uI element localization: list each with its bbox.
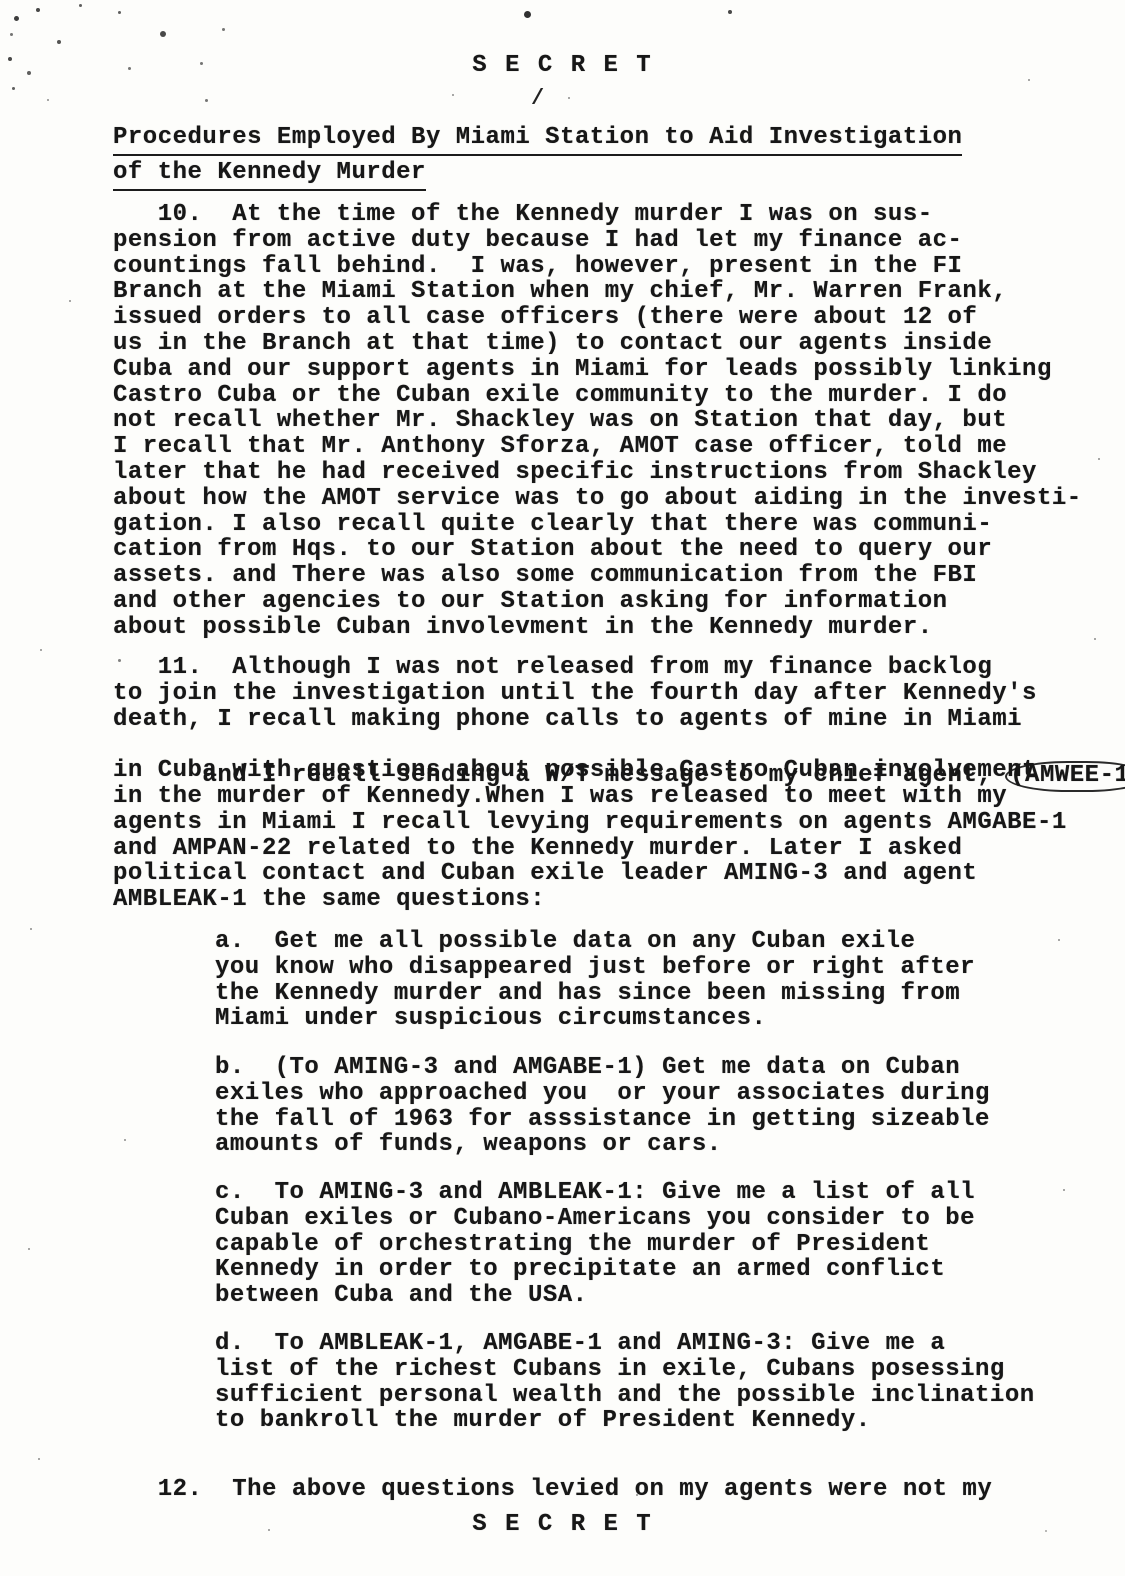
text-line: agents in Miami I recall levying require… xyxy=(113,810,1125,836)
classification-header: S E C R E T xyxy=(0,52,1125,79)
scan-noise-dot xyxy=(222,28,225,31)
text-line: sufficient personal wealth and the possi… xyxy=(215,1383,1035,1409)
question-d: d. To AMBLEAK-1, AMGABE-1 and AMING-3: G… xyxy=(215,1331,1035,1434)
text-line: assets. and There was also some communic… xyxy=(113,563,1082,589)
text-line: to bankroll the murder of President Kenn… xyxy=(215,1408,1035,1434)
document-title: Procedures Employed By Miami Station to … xyxy=(113,124,962,194)
scan-noise-dot xyxy=(124,1139,126,1141)
scan-noise-dot xyxy=(79,4,82,7)
text-line: Cuban exiles or Cubano-Americans you con… xyxy=(215,1206,975,1232)
text-line: 10. At the time of the Kennedy murder I … xyxy=(113,202,1082,228)
text-line: 11. Although I was not released from my … xyxy=(113,655,1125,681)
scan-noise-dot xyxy=(568,97,570,99)
text-line: Miami under suspicious circumstances. xyxy=(215,1006,975,1032)
text-line: and other agencies to our Station asking… xyxy=(113,589,1082,615)
text-line: AMBLEAK-1 the same questions: xyxy=(113,887,1125,913)
paragraph-11-bottom: in Cuba with questions about possible Ca… xyxy=(113,758,1125,913)
scan-noise-dot xyxy=(30,928,32,930)
paragraph-11-circled-line: and I recall sending a W/T message to my… xyxy=(113,732,1125,758)
paragraph-10: 10. At the time of the Kennedy murder I … xyxy=(113,202,1082,641)
text-line: the Kennedy murder and has since been mi… xyxy=(215,981,975,1007)
document-title-line2: of the Kennedy Murder xyxy=(113,159,426,191)
question-a: a. Get me all possible data on any Cuban… xyxy=(215,929,975,1032)
scan-noise-dot xyxy=(57,40,61,44)
scan-noise-dot xyxy=(38,1458,40,1460)
text-line: b. (To AMING-3 and AMGABE-1) Get me data… xyxy=(215,1055,990,1081)
text-line: death, I recall making phone calls to ag… xyxy=(113,707,1125,733)
text-line: not recall whether Mr. Shackley was on S… xyxy=(113,408,1082,434)
scan-noise-dot xyxy=(1094,638,1096,640)
paragraph-12: 12. The above questions levied on my age… xyxy=(113,1477,992,1503)
document-page: S E C R E T / Procedures Employed By Mia… xyxy=(0,0,1125,1576)
text-line: list of the richest Cubans in exile, Cub… xyxy=(215,1357,1035,1383)
scan-noise-dot xyxy=(160,31,166,37)
text-line: about how the AMOT service was to go abo… xyxy=(113,486,1082,512)
text-line: c. To AMING-3 and AMBLEAK-1: Give me a l… xyxy=(215,1180,975,1206)
text-line: countings fall behind. I was, however, p… xyxy=(113,254,1082,280)
text-line: Cuba and our support agents in Miami for… xyxy=(113,357,1082,383)
text-line: exiles who approached you or your associ… xyxy=(215,1081,990,1107)
paragraph-11-top: 11. Although I was not released from my … xyxy=(113,655,1125,732)
scan-noise-dot xyxy=(205,99,208,102)
text-line: cation from Hqs. to our Station about th… xyxy=(113,537,1082,563)
text-line: political contact and Cuban exile leader… xyxy=(113,861,1125,887)
text-line: Kennedy in order to precipitate an armed… xyxy=(215,1257,975,1283)
scan-noise-dot xyxy=(36,8,40,12)
text-line: about possible Cuban involevment in the … xyxy=(113,615,1082,641)
scan-noise-dot xyxy=(452,94,454,96)
scan-noise-dot xyxy=(12,87,15,90)
text-line: a. Get me all possible data on any Cuban… xyxy=(215,929,975,955)
text-line: Castro Cuba or the Cuban exile community… xyxy=(113,383,1082,409)
scan-noise-dot xyxy=(1063,1189,1065,1191)
text-line: the fall of 1963 for asssistance in gett… xyxy=(215,1107,990,1133)
text-line: gation. I also recall quite clearly that… xyxy=(113,512,1082,538)
text-line: in the murder of Kennedy.When I was rele… xyxy=(113,784,1125,810)
text-line: pension from active duty because I had l… xyxy=(113,228,1082,254)
scan-noise-dot xyxy=(524,11,531,18)
text-line: later that he had received specific inst… xyxy=(113,460,1082,486)
text-line: and AMPAN-22 related to the Kennedy murd… xyxy=(113,836,1125,862)
scan-noise-dot xyxy=(28,1248,30,1250)
question-c: c. To AMING-3 and AMBLEAK-1: Give me a l… xyxy=(215,1180,975,1309)
scan-noise-dot xyxy=(118,11,121,14)
stray-slash-mark: / xyxy=(531,86,544,111)
text-line: capable of orchestrating the murder of P… xyxy=(215,1232,975,1258)
scan-noise-dot xyxy=(1098,458,1100,460)
scan-noise-dot xyxy=(10,33,13,36)
text-line: amounts of funds, weapons or cars. xyxy=(215,1132,990,1158)
question-b: b. (To AMING-3 and AMGABE-1) Get me data… xyxy=(215,1055,990,1158)
text-line: Branch at the Miami Station when my chie… xyxy=(113,279,1082,305)
text-line: 12. The above questions levied on my age… xyxy=(113,1477,992,1503)
text-line: us in the Branch at that time) to contac… xyxy=(113,331,1082,357)
text-line: between Cuba and the USA. xyxy=(215,1283,975,1309)
document-title-line1: Procedures Employed By Miami Station to … xyxy=(113,124,962,156)
scan-noise-dot xyxy=(69,300,71,302)
text-line: d. To AMBLEAK-1, AMGABE-1 and AMING-3: G… xyxy=(215,1331,1035,1357)
scan-noise-dot xyxy=(1058,939,1060,941)
scan-noise-dot xyxy=(728,10,732,14)
classification-footer: S E C R E T xyxy=(0,1511,1125,1538)
text-line: you know who disappeared just before or … xyxy=(215,955,975,981)
paragraph-11: 11. Although I was not released from my … xyxy=(113,655,1125,913)
scan-noise-dot xyxy=(1028,79,1030,81)
text-line: I recall that Mr. Anthony Sforza, AMOT c… xyxy=(113,434,1082,460)
scan-noise-dot xyxy=(47,99,49,101)
text-line: in Cuba with questions about possible Ca… xyxy=(113,758,1125,784)
scan-noise-dot xyxy=(14,16,19,21)
text-line: issued orders to all case officers (ther… xyxy=(113,305,1082,331)
scan-noise-dot xyxy=(40,649,42,651)
text-line: to join the investigation until the four… xyxy=(113,681,1125,707)
